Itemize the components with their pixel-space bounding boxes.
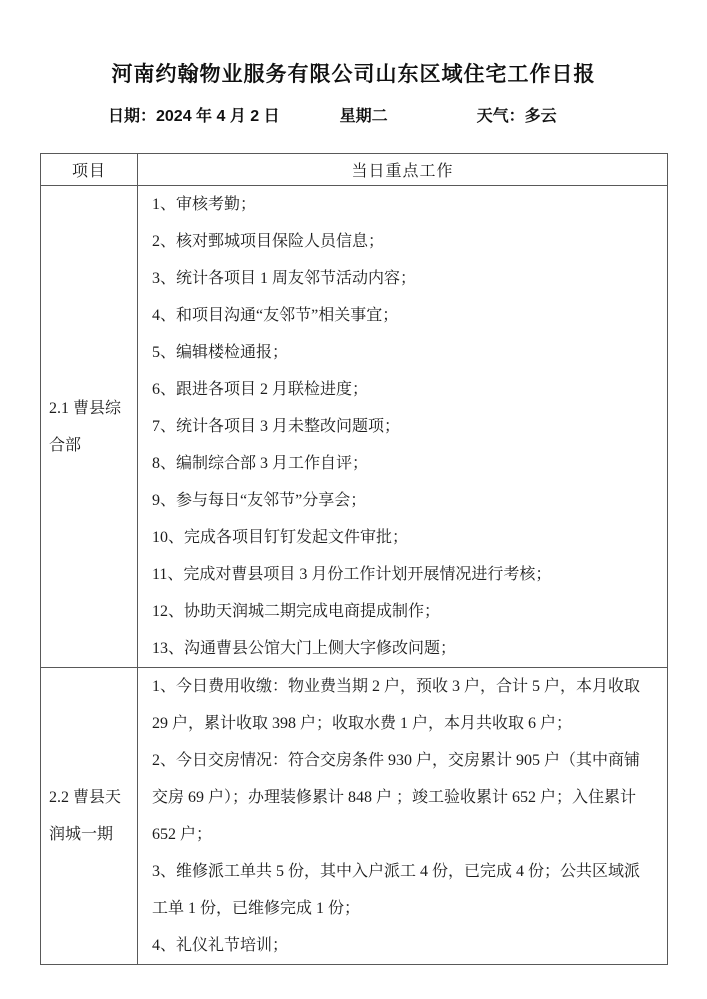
work-item: 13、沟通曹县公馆大门上侧大字修改问题； <box>152 630 653 667</box>
date-text: 日期：2024 年 4 月 2 日 <box>108 103 280 126</box>
work-item: 4、和项目沟通“友邻节”相关事宜； <box>152 297 653 334</box>
work-item: 9、参与每日“友邻节”分享会； <box>152 482 653 519</box>
project-cell: 2.2 曹县天润城一期 <box>41 668 138 965</box>
date-line: 日期：2024 年 4 月 2 日 星期二 天气：多云 <box>108 103 707 126</box>
column-header-project: 项目 <box>41 154 138 186</box>
report-table: 项目 当日重点工作 2.1 曹县综合部 1、审核考勤； 2、核对鄄城项目保险人员… <box>40 153 668 965</box>
weather-text: 天气：多云 <box>477 103 557 126</box>
table-row-caoxian-zonghebu: 2.1 曹县综合部 1、审核考勤； 2、核对鄄城项目保险人员信息； 3、统计各项… <box>41 186 668 668</box>
work-item: 3、维修派工单共 5 份，其中入户派工 4 份，已完成 4 份；公共区域派工单 … <box>152 853 653 927</box>
work-item: 1、审核考勤； <box>152 186 653 223</box>
table-row-caoxian-tianrun-phase1: 2.2 曹县天润城一期 1、今日费用收缴：物业费当期 2 户，预收 3 户，合计… <box>41 668 668 965</box>
work-item: 2、核对鄄城项目保险人员信息； <box>152 223 653 260</box>
column-header-work: 当日重点工作 <box>138 154 668 186</box>
weekday-text: 星期二 <box>340 103 388 126</box>
page-title: 河南约翰物业服务有限公司山东区域住宅工作日报 <box>0 58 707 88</box>
work-item: 8、编制综合部 3 月工作自评； <box>152 445 653 482</box>
work-item: 10、完成各项目钉钉发起文件审批； <box>152 519 653 556</box>
work-item: 2、今日交房情况：符合交房条件 930 户，交房累计 905 户（其中商铺交房 … <box>152 742 653 853</box>
work-item: 3、统计各项目 1 周友邻节活动内容； <box>152 260 653 297</box>
work-cell: 1、今日费用收缴：物业费当期 2 户，预收 3 户，合计 5 户，本月收取 29… <box>138 668 668 965</box>
work-item: 6、跟进各项目 2 月联检进度； <box>152 371 653 408</box>
work-cell: 1、审核考勤； 2、核对鄄城项目保险人员信息； 3、统计各项目 1 周友邻节活动… <box>138 186 668 668</box>
work-item: 5、编辑楼检通报； <box>152 334 653 371</box>
daily-report-document: 河南约翰物业服务有限公司山东区域住宅工作日报 日期：2024 年 4 月 2 日… <box>0 0 707 999</box>
work-item: 4、礼仪礼节培训； <box>152 927 653 964</box>
work-item: 1、今日费用收缴：物业费当期 2 户，预收 3 户，合计 5 户，本月收取 29… <box>152 668 653 742</box>
project-cell: 2.1 曹县综合部 <box>41 186 138 668</box>
work-item: 12、协助天润城二期完成电商提成制作； <box>152 593 653 630</box>
work-item: 11、完成对曹县项目 3 月份工作计划开展情况进行考核； <box>152 556 653 593</box>
table-header-row: 项目 当日重点工作 <box>41 154 668 186</box>
work-item: 7、统计各项目 3 月未整改问题项； <box>152 408 653 445</box>
